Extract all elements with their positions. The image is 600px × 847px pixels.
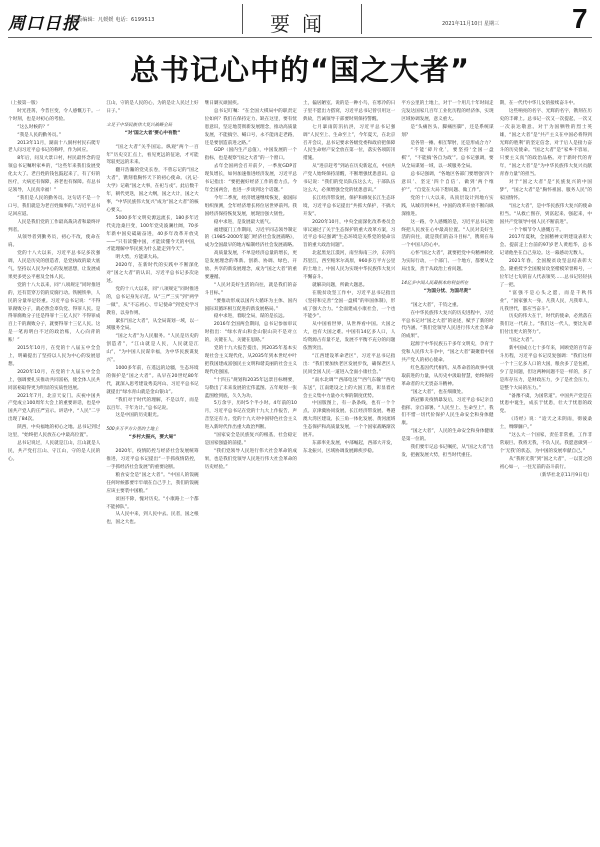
- paragraph: 2021年7月，北京天安门。庆祝中国共产党成立100周年大会上的重要讲话，也是中…: [8, 393, 100, 425]
- paragraph: 时光荏苒，今昔巨变，令人感慨万千。一个时刻，也是对初心的考验。: [8, 108, 100, 124]
- paragraph: 去年全国两会召开前夕，一季度GDP首现负增长，如何加速推进经济发展，习近平总书记…: [205, 163, 297, 195]
- paragraph: 2020年10月，中央全面深化改革委员会审议通过了关于生态保护的重大改革方案，习…: [303, 219, 395, 251]
- paragraph: 5000多年文明史源远流长，180多年近代史沧桑巨变，100年党史波澜壮阔，70…: [106, 215, 198, 255]
- section-kicker: 立足于中华民族伟大复兴战略全局: [106, 122, 198, 130]
- paragraph: 从领导者到勤务员，初心不改，使命在肩。: [8, 234, 100, 250]
- paragraph: 党的十九大报告提出，到2035年基本实现社会主义现代化，从2035年到本世纪中叶…: [205, 345, 297, 377]
- paragraph: 一个个细节令人感慨万千。: [500, 227, 592, 235]
- section-label: 要闻: [243, 8, 361, 37]
- article-column-4: 土，偏居陋室。说的是一种小鸟，在寒冷的日子里不愿出力搭窝，习近平总书记曾引用这一…: [303, 100, 395, 845]
- paragraph: 七月暴雨防汛抗洪，习近平总书记强调“人民至上、生命至上”，今年夏天，在北京召开会…: [303, 124, 395, 164]
- paragraph: 党的十八大以来，习近平总书记多次强调，人民是历史的创造者，是党执政的最大底气。坚…: [8, 250, 100, 282]
- paragraph: 8年后，问及大景口村，村民最怀念的是领总书记嘱咐家乡的，“这些年来我们发展变化太…: [8, 155, 100, 195]
- paragraph: 党的十八大以来，从顶层设计到地方实践，从城市到乡村，中国的改革开放不断向纵深推进…: [401, 195, 493, 219]
- page-number: 7: [572, 3, 588, 35]
- paragraph: 贫困不除，愧对历史。“小康路上一个都不能掉队”。: [106, 496, 198, 512]
- paragraph: 稳中求进，是发展最大底气。: [205, 219, 297, 227]
- paragraph: 福建厦门工作期间，习近平同志领导制定的《1985-2000年厦门经济社会发展战略…: [205, 227, 297, 251]
- paragraph: 2017年夏秋，全国精神文明建设表彰大会。提前走上台前的97岁老人黄旭华，总书记…: [500, 234, 592, 258]
- paragraph: 在中华民族伟大复兴的历史进程中，习近平总书记对“国之大者”的论述，赋予了新的时代…: [401, 310, 493, 342]
- paragraph: 粮食安全是“国之大者”。“中国人的饭碗任何时候都要牢牢端在自己手上，我们的饭碗应…: [106, 472, 198, 496]
- paragraph: 今年二季度，经济增速继续恢复，据国际组织预测，全年经济增长将位居世界前列。我国经…: [205, 195, 297, 219]
- paragraph: “这么时候的？”: [8, 124, 100, 132]
- article-column-2: 江山，守的是人民的心，为的是让人民过上好日子。”立足于中华民族伟大复兴战略全局“…: [106, 100, 198, 845]
- masthead-divider: [8, 37, 592, 38]
- paragraph: 是各管一摊、相互掣肘，还是形成合力？: [401, 140, 493, 148]
- paragraph: “国之大者”关乎国运。纵观“两个一百年”历史交汇点上，看见更远的征途，才可能驾驭…: [106, 144, 198, 168]
- continued-marker: 继日剿灭顽固疾。: [205, 100, 297, 108]
- paragraph: 翻开浩瀚的党史长卷，不曾忘记的“国之大者”，镌刻着胸怀天下的初心使命。《礼记·大…: [106, 167, 198, 214]
- article-body: （上接第一版）时光荏苒，今昔巨变，令人感慨万千。一个时刻，也是对初心的考验。“这…: [8, 100, 592, 845]
- paragraph: 1000多年前，在遥远的边疆，生态环境的保护是“国之大者”。从早在20世纪80年…: [106, 365, 198, 397]
- paragraph: “国之大者”，千钧之重。: [401, 302, 493, 310]
- paragraph: 2013年11月，湖南十八洞村村民石爬专老人问习近平总书记的称呼，作为回应。: [8, 140, 100, 156]
- section-box: 要闻: [242, 4, 362, 34]
- paragraph: 总书记说过，人民就是江山，江山就是人民，共产党打江山、守江山，守的是人民的心。: [8, 440, 100, 464]
- paragraph: “国之大者”。: [500, 337, 592, 345]
- section-kicker: 14亿多中国人民最根本的利益所在: [401, 280, 493, 288]
- paragraph: 人民是我们党的工作最高裁决者和最终评判者。: [8, 219, 100, 235]
- paragraph: 就解决问题，所做大题思。: [303, 282, 395, 290]
- masthead: 周口日报 组版编辑：凡媛媛 电话：6199513 要闻 2021年11月10日 …: [0, 0, 600, 38]
- section-subtitle: “对‘国之大者’要心中有数”: [106, 130, 198, 138]
- paragraph: 5万余字，历时5个半小时。4年前的10月，习近平总书记在党的十九大上作报告，声音…: [205, 400, 297, 432]
- paragraph: 我们要牢记总书记嘱托，从“国之大者”出发，把握发展大势，担当时代重任。: [401, 444, 493, 460]
- paragraph: 稳中求进，着眼全局，谋的是长远。: [205, 313, 297, 321]
- paragraph: 从人民中来，到人民中去。民者，国之根也，国之大也。: [106, 511, 198, 527]
- paragraph: 心怀“国之大者”，就要把党中央精神转化为实际行动，一个部门、一个地方，都要从全局…: [401, 250, 493, 274]
- paragraph: “江西建设革命老区”，习近平总书记指出：“我们要加快老区发展步伐，确保老区人民同…: [303, 353, 395, 377]
- paragraph: 起源于中华民族五千多年文明史，孕育于党和人民伟大斗争中，“国之大者”凝聚着中国共…: [401, 341, 493, 365]
- section-subtitle: “为国分忧、为国尽责”: [401, 288, 493, 296]
- paragraph: “国之大者”，人民的生命安全和身体健康是第一位的。: [401, 428, 493, 444]
- paragraph: 党的十八大以来，同“八项规定”同时推进的，还有贯穿万钧的反腐行动。铁腕铁拳，人民…: [8, 282, 100, 345]
- paragraph: 2016年全国两会期间，总书记参加审议时指出：“绿水青山和金山银山决不是对立的，…: [205, 321, 297, 345]
- article-column-6: 期，在一代代中华儿女的接续奋斗中。这些响亮的名字、光辉的名字，镌刻在历史的丰碑上…: [500, 100, 592, 845]
- article-headline: 总书记心中的“国之大者”: [0, 48, 600, 89]
- paragraph: “十四五”规划和2035年远景目标纲要，勾勒出了未来发展的宏伟蓝图。五年规划一张…: [205, 377, 297, 401]
- paragraph: “不能‘碎片化’，要坚持‘全国一盘棋’”，“不能搞‘各自为政’”。总书记强调，要…: [401, 147, 493, 171]
- article-column-3: 继日剿灭顽固疾。总书记叮嘱：“在全国大棋局中的职责定位如何？我们在保持定力、缺在…: [205, 100, 297, 845]
- paragraph: 从“进京赶考”到站在历史新起点，中国共产党人始终保持清醒，不断增强忧患意识。总书…: [303, 163, 395, 195]
- paragraph: 新冠肺炎疫情暴发后，习近平总书记亲自指挥、亲自部署。“人民至上、生命至上”，我们…: [401, 397, 493, 429]
- continued-marker: 土，偏居陋室。说的是一种小鸟，在寒冷的日子里不愿出力搭窝，习近平总书记曾引用这一…: [303, 100, 395, 124]
- newspaper-logo: 周口日报: [8, 9, 80, 34]
- paragraph: 2021年春，全国脱贫攻坚总结表彰大会。隆重授予全国脱贫攻坚楷模荣誉称号，一位年…: [500, 258, 592, 290]
- paragraph: 总书记叮嘱：“在全国大棋局中的职责定位如何？我们在保持定力、缺在这里，要有忧患意…: [205, 108, 297, 148]
- paragraph: GDP（国内生产总值），中国发展的一个指标，也是观察“国之大者”的一个窗口。: [205, 147, 297, 163]
- paragraph: 高质量发展，不单是经济总量的增长，更是发展理念的革新。创新、协调、绿色、开放、共…: [205, 250, 297, 282]
- source-credit: （新华社北京11月9日电）: [500, 472, 592, 480]
- continued-marker: 江山，守的是人民的心，为的是让人民过上好日子。”: [106, 100, 198, 116]
- paragraph: 这是中国的历史眼光。: [106, 412, 198, 420]
- continued-marker: 期，在一代代中华儿女的接续奋斗中。: [500, 100, 592, 108]
- paragraph: 明大势，方能谋大局。: [106, 254, 198, 262]
- editor-info: 组版编辑：凡媛媛 电话：6199513: [72, 16, 155, 23]
- issue-date: 2021年11月10日 星期三: [442, 20, 499, 27]
- paragraph: “富强不是心头之愿，而是千秋伟业”，“国家强大一身，凡我人民，凡我辈人，凡我世代…: [500, 290, 592, 314]
- paragraph: 历史的伟大在于，时代的使命，必然落在我们这一代肩上。“我们这一代人，要比先辈们付…: [500, 313, 592, 337]
- paragraph: 2020年，在新时代的实践中不断深化对“国之大者”的认识，习近平总书记多次论述。: [106, 262, 198, 286]
- paragraph: “国之大者”，也在细微处。: [401, 389, 493, 397]
- paragraph: 2015年10月，在党的十八届五中全会上，明确提出了坚持以人民为中心的发展思想。: [8, 345, 100, 369]
- paragraph: 陕西，中央福地的初心之地。总书记到过这里，“始终把人民放在心中最高位置”。: [8, 424, 100, 440]
- paragraph: “国之大者”，是中华民族伟大复兴的使命担当。“从救亡图存，到富起来、强起来，中国…: [500, 203, 592, 227]
- paragraph: 北起黑龙江漠河，南至海南三沙，东到乌苏里江，西至帕米尔高原，960多万平方公里的…: [303, 250, 395, 282]
- paragraph: 《诗经》说：“迨天之未阴雨，彻彼桑土，绸缪牖户。”: [500, 416, 592, 432]
- paragraph: “备豫不虞，为国常道”。中国共产党是在忧患中诞生，成长于忧患，壮大于忧患的政党。: [500, 393, 592, 417]
- paragraph: “国之大者”为人民服务。“人民是历史的创造者”，“江山就是人民，人民就是江山”，…: [106, 333, 198, 365]
- article-column-1: （上接第一版）时光荏苒，今昔巨变，令人感慨万千。一个时刻，也是对初心的考验。“这…: [8, 100, 100, 845]
- paragraph: “我们是人民的勤务员。这句话不是一个口号，我们就是为老百姓做事的。”习近平总书记…: [8, 195, 100, 219]
- paragraph: “这么大一个国家，责任非常重，工作非常艰巨。我将无我，不负人民。我愿意做到一个‘…: [500, 432, 592, 456]
- paragraph: 从“我将无我”到“国之大者”，一以贯之的初心如一，一往无前的奋斗前行。: [500, 456, 592, 472]
- paragraph: 总书记强调，“各地区各部门要增强‘四个意识’、坚定‘四个自信’、做到‘两个维护’…: [401, 171, 493, 195]
- paragraph: 这些响亮的名字、光辉的名字，镌刻在历史的丰碑上。总书记一次又一次提起，一次又一次…: [500, 108, 592, 179]
- paragraph: 东部率先发展，中部崛起，西部大开发，东北振兴，区域协调发展蹄疾步稳。: [303, 440, 395, 456]
- paragraph: 新中国成立七十多年来，回顾党的百年奋斗历程，习近平总书记反复强调：“我们这样一个…: [500, 345, 592, 392]
- continued-marker: 平方公里的土地上，对于一个用几十年时间走完发达国家几百年工业化历程的经济体，实现…: [401, 100, 493, 124]
- paragraph: 中国版图上，有一条条线，也有一个个点。京津冀协同发展、长江经济带发展、粤港澳大湾…: [303, 400, 395, 440]
- paragraph: “要推动形成以国内大循环为主体、国内国际双循环相互促进的新发展格局。”: [205, 298, 297, 314]
- paragraph: 在脱贫攻坚工作中，习近平总书记指出《坚持和完善“全国一盘棋”的举国体制》，形成了…: [303, 290, 395, 322]
- continued-marker: （上接第一版）: [8, 100, 100, 108]
- paragraph: 2020年10月，在党的十九届五中全会上，强调要扎实推动共同富裕，使全体人民共同…: [8, 369, 100, 393]
- paragraph: “国家安全是民族复兴的根基，社会稳定是国家强盛的前提。”: [205, 432, 297, 448]
- paragraph: “我是人民的勤务员。”: [8, 132, 100, 140]
- paragraph: “我们党领导人民进行伟大社会革命的成果，也是我们党领导人民进行伟大社会革命的历史…: [205, 448, 297, 472]
- paragraph: 党的十八大以来，同“八项规定”同时推进的，总书记身先示范。从“三严三实”到“两学…: [106, 286, 198, 318]
- section-subtitle: “乡村大振兴，要大局”: [106, 434, 198, 442]
- paragraph: “我们对于时代的理解，不是以年，而是以百年、千年为计。”总书记说。: [106, 397, 198, 413]
- paragraph: “南水北调”“西部电送”“西气东输”“西电东送”，江南建设之上的大国工程，彰显着…: [303, 377, 395, 401]
- paragraph: 是“头痛医头、脚痛医脚”，还是系统谋划？: [401, 124, 493, 140]
- section-kicker: 500多万平方公里的土地上: [106, 426, 198, 434]
- paragraph: 对于“国之大者”是“民族复兴的中国梦”，“国之大者”是“胸怀祖国、服务人民”的家…: [500, 179, 592, 203]
- paragraph: 紧扣“国之大者”，从全局谋划一域，以一域服务全局。: [106, 318, 198, 334]
- paragraph: 2020年，疫情防控与经济社会发展统筹推进，习近平总书记提出“一手抓疫情防控，一…: [106, 448, 198, 472]
- paragraph: 这一路，令人感慨的是，习近平总书记始终把人民放在心中最高位置。“人民对美好生活的…: [401, 219, 493, 251]
- paragraph: 长江经济带发展，保护和修复长江生态环境，习近平总书记提出“共抓大保护，不搞大开发…: [303, 195, 395, 219]
- paragraph: 红色基因代代相传。从革命者的故事中汲取前进的力量，从历史中汲取智慧，始终保持革命…: [401, 365, 493, 389]
- paragraph: “人民对美好生活的向往，就是我们的奋斗目标。”: [205, 282, 297, 298]
- article-column-5: 平方公里的土地上，对于一个用几十年时间走完发达国家几百年工业化历程的经济体，实现…: [401, 100, 493, 845]
- paragraph: 从中国看世界，从世界看中国。大国之大，也有大国之难。中国有14亿多人口，人均资源…: [303, 321, 395, 353]
